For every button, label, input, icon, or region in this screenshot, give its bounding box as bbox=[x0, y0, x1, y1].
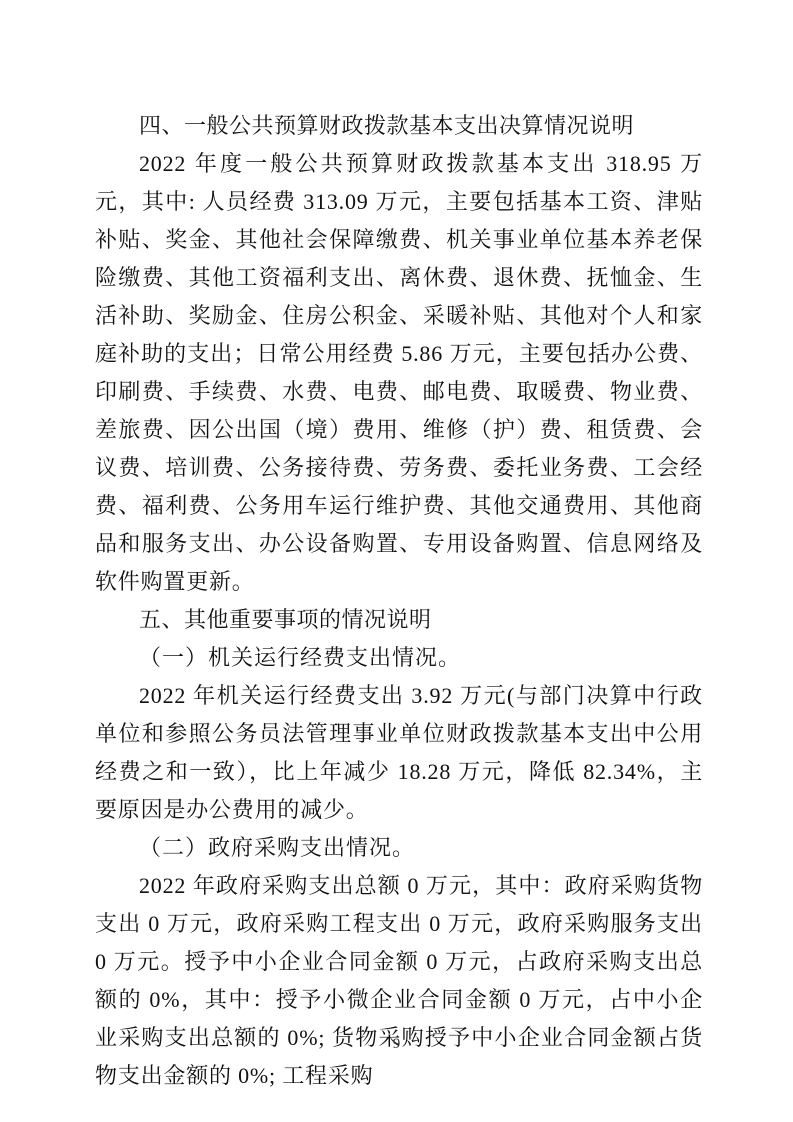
paragraph-basic-expenditure-details: 2022 年度一般公共预算财政拨款基本支出 318.95 万元，其中: 人员经费… bbox=[95, 145, 703, 601]
section-heading-basic-expenditure: 四、一般公共预算财政拨款基本支出决算情况说明 bbox=[95, 107, 703, 145]
subsection-heading-government-procurement: （二）政府采购支出情况。 bbox=[95, 829, 703, 867]
document-content: 四、一般公共预算财政拨款基本支出决算情况说明 2022 年度一般公共预算财政拨款… bbox=[95, 107, 703, 1095]
page-number: 9 bbox=[0, 1036, 793, 1053]
paragraph-operating-expenses-details: 2022 年机关运行经费支出 3.92 万元(与部门决算中行政单位和参照公务员法… bbox=[95, 677, 703, 829]
subsection-heading-operating-expenses: （一）机关运行经费支出情况。 bbox=[95, 639, 703, 677]
section-heading-other-important-matters: 五、其他重要事项的情况说明 bbox=[95, 601, 703, 639]
paragraph-government-procurement-details: 2022 年政府采购支出总额 0 万元，其中：政府采购货物支出 0 万元，政府采… bbox=[95, 867, 703, 1095]
document-page: 四、一般公共预算财政拨款基本支出决算情况说明 2022 年度一般公共预算财政拨款… bbox=[0, 0, 793, 1122]
